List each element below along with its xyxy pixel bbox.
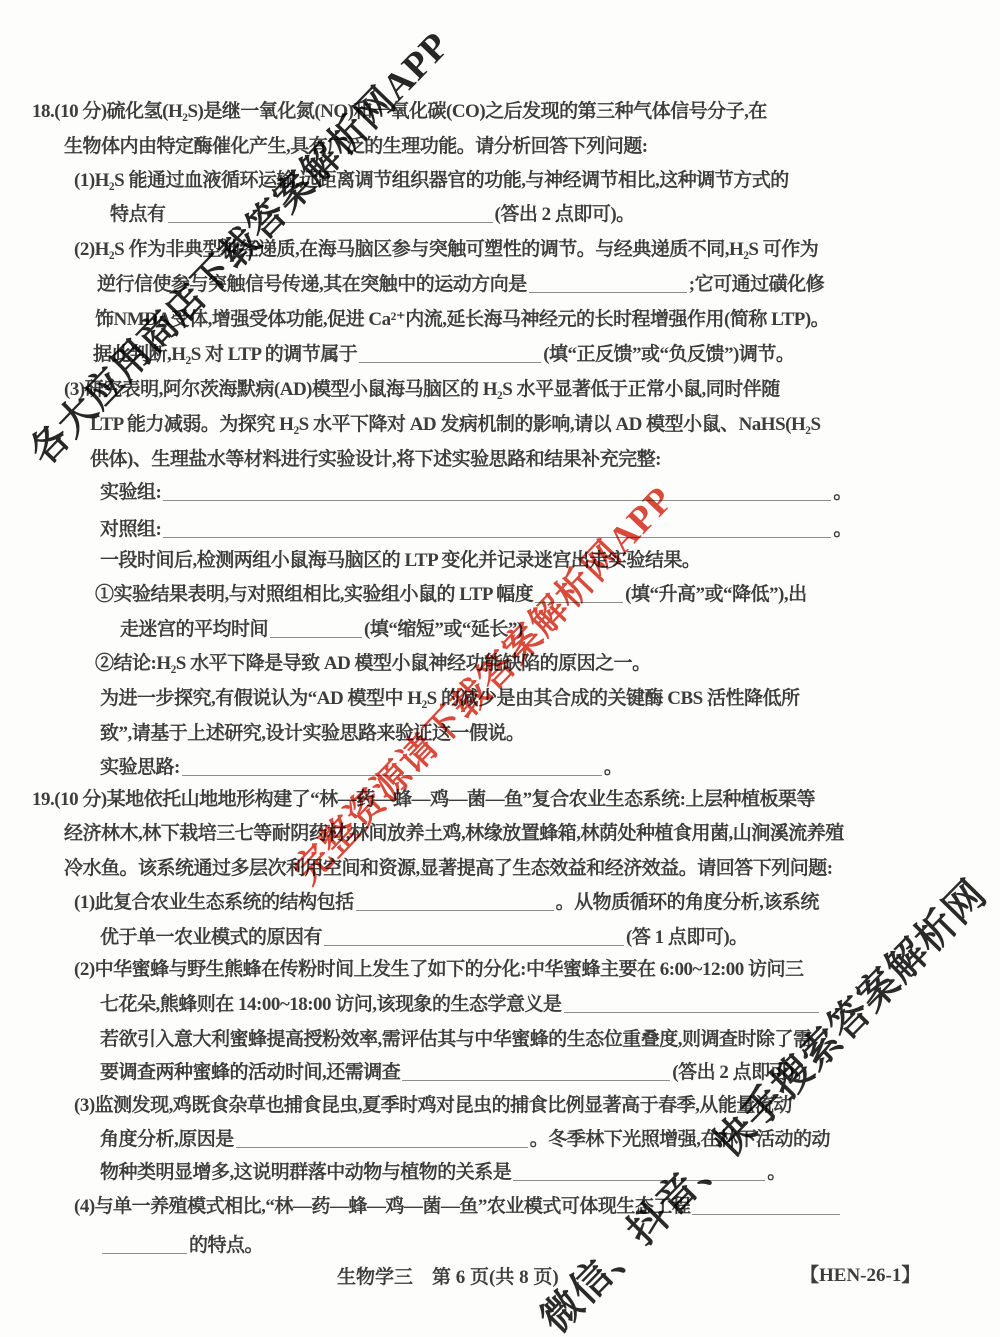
text-run: (答出 2 点即可)。 [495, 204, 635, 225]
footer-paper-code: 【HEN-26-1】 [800, 1260, 920, 1287]
text-run: 角度分析,原因是 [100, 1129, 234, 1150]
text-line-22: 经济林木,林下栽培三七等耐阴药材,林间放养土鸡,林缘放置蜂箱,林荫处种植食用菌,… [64, 822, 844, 845]
answer-blank[interactable] [535, 587, 623, 603]
text-run: 。从物质循环的角度分析,该系统 [556, 892, 819, 913]
text-run: 物种类明显增多,这说明群落中动物与植物的关系是 [100, 1162, 511, 1183]
text-line-3: (1)H₂S 能通过血液循环运输,远距离调节组织器官的功能,与神经调节相比,这种… [74, 169, 789, 192]
text-run: (填“缩短”或“延长”) [364, 619, 523, 640]
text-run: 为进一步探究,有假说认为“AD 模型中 H₂S 的减少是由其合成的关键酶 CBS… [100, 688, 799, 709]
text-run: (1)H₂S 能通过血液循环运输,远距离调节组织器官的功能,与神经调节相比,这种… [74, 170, 789, 191]
text-line-1: 18.(10 分)硫化氢(H₂S)是继一氧化氮(NO)和一氧化碳(CO)之后发现… [32, 100, 767, 123]
text-line-32: 物种类明显增多,这说明群落中动物与植物的关系是。 [100, 1161, 786, 1184]
text-line-34: 的特点。 [100, 1234, 263, 1257]
text-run: 走迷宫的平均时间 [120, 619, 268, 640]
answer-blank[interactable] [168, 207, 493, 223]
text-run: 七花朵,熊蜂则在 14:00~18:00 访问,该现象的生态学意义是 [100, 994, 562, 1015]
text-run: 实验组: [100, 482, 161, 503]
text-run: ②结论:H₂S 水平下降是导致 AD 模型小鼠神经功能缺陷的原因之一。 [95, 653, 651, 674]
text-line-2: 生物体内由特定酶催化产生,具有广泛的生理功能。请分析回答下列问题: [64, 135, 648, 158]
text-line-21: 19.(10 分)某地依托山地地形构建了“林—药—蜂—鸡—菌—鱼”复合农业生态系… [32, 788, 815, 811]
text-line-29: 要调查两种蜜蜂的活动时间,还需调查(答出 2 点即可)。 [100, 1061, 812, 1084]
text-run: 19.(10 分)某地依托山地地形构建了“林—药—蜂—鸡—菌—鱼”复合农业生态系… [32, 789, 815, 810]
text-run: 致”,请基于上述研究,设计实验思路来验证这一假说。 [100, 723, 525, 744]
text-line-31: 角度分析,原因是。冬季林下光照增强,在林下活动的动 [100, 1128, 830, 1151]
text-run: 经济林木,林下栽培三七等耐阴药材,林间放养土鸡,林缘放置蜂箱,林荫处种植食用菌,… [64, 823, 844, 844]
text-line-7: 饰NMDA受体,增强受体功能,促进 Ca²⁺内流,延长海马神经元的长时程增强作用… [95, 308, 829, 331]
text-line-26: (2)中华蜜蜂与野生熊蜂在传粉时间上发生了如下的分化:中华蜜蜂主要在 6:00~… [74, 958, 804, 981]
answer-blank[interactable] [182, 760, 602, 776]
text-run: 。 [833, 519, 852, 540]
answer-blank[interactable] [402, 1065, 670, 1081]
answer-blank[interactable] [163, 522, 831, 538]
answer-blank[interactable] [270, 622, 362, 638]
text-run: 18.(10 分)硫化氢(H₂S)是继一氧化氮(NO)和一氧化碳(CO)之后发现… [32, 101, 767, 122]
text-run: (1)此复合农业生态系统的结构包括 [74, 892, 354, 913]
text-run: 。 [833, 482, 852, 503]
text-line-20: 实验思路:。 [100, 756, 622, 779]
text-line-5: (2)H₂S 作为非典型神经递质,在海马脑区参与突触可塑性的调节。与经典递质不同… [74, 238, 818, 261]
text-run: 一段时间后,检测两组小鼠海马脑区的 LTP 变化并记录迷宫出走实验结果。 [100, 550, 700, 571]
text-run: (3)监测发现,鸡既食杂草也捕食昆虫,夏季时鸡对昆虫的捕食比例显著高于春季,从能… [74, 1095, 792, 1116]
text-line-25: 优于单一农业模式的原因有(答 1 点即可)。 [100, 926, 748, 949]
footer-subject: 生物学三 [337, 1262, 413, 1289]
text-run: 对照组: [100, 519, 161, 540]
text-run: (答 1 点即可)。 [626, 927, 748, 948]
text-run: (3)研究表明,阿尔茨海默病(AD)模型小鼠海马脑区的 H₂S 水平显著低于正常… [64, 379, 780, 400]
answer-blank[interactable] [359, 347, 541, 363]
text-run: 要调查两种蜜蜂的活动时间,还需调查 [100, 1062, 400, 1083]
answer-blank[interactable] [529, 277, 687, 293]
text-run: ①实验结果表明,与对照组相比,实验组小鼠的 LTP 幅度 [95, 584, 533, 605]
text-line-24: (1)此复合农业生态系统的结构包括。从物质循环的角度分析,该系统 [74, 891, 819, 914]
text-line-15: ①实验结果表明,与对照组相比,实验组小鼠的 LTP 幅度(填“升高”或“降低”)… [95, 583, 807, 606]
answer-blank[interactable] [324, 930, 624, 946]
text-run: 若欲引入意大利蜜蜂提高授粉效率,需评估其与中华蜜蜂的生态位重叠度,则调查时除了需 [100, 1029, 812, 1050]
text-run: LTP 能力减弱。为探究 H₂S 水平下降对 AD 发病机制的影响,请以 AD … [90, 414, 821, 435]
answer-blank[interactable] [102, 1238, 187, 1254]
text-run: (2)H₂S 作为非典型神经递质,在海马脑区参与突触可塑性的调节。与经典递质不同… [74, 239, 818, 260]
text-line-4: 特点有(答出 2 点即可)。 [110, 203, 635, 226]
text-run: (填“正反馈”或“负反馈”)调节。 [543, 344, 794, 365]
text-line-33: (4)与单一养殖模式相比,“林—药—蜂—鸡—菌—鱼”农业模式可体现生态工程 [74, 1195, 842, 1218]
text-run: 据此判断,H₂S 对 LTP 的调节属于 [93, 344, 357, 365]
text-run: 生物体内由特定酶催化产生,具有广泛的生理功能。请分析回答下列问题: [64, 136, 648, 157]
text-run: (4)与单一养殖模式相比,“林—药—蜂—鸡—菌—鱼”农业模式可体现生态工程 [74, 1196, 690, 1217]
answer-blank[interactable] [356, 895, 554, 911]
exam-page: 18.(10 分)硫化氢(H₂S)是继一氧化氮(NO)和一氧化碳(CO)之后发现… [0, 0, 1000, 1337]
text-line-8: 据此判断,H₂S 对 LTP 的调节属于(填“正反馈”或“负反馈”)调节。 [93, 343, 794, 366]
text-line-14: 一段时间后,检测两组小鼠海马脑区的 LTP 变化并记录迷宫出走实验结果。 [100, 549, 700, 572]
text-run: 饰NMDA受体,增强受体功能,促进 Ca²⁺内流,延长海马神经元的长时程增强作用… [95, 309, 829, 330]
text-run: 。 [767, 1162, 786, 1183]
text-line-10: LTP 能力减弱。为探究 H₂S 水平下降对 AD 发病机制的影响,请以 AD … [90, 413, 821, 436]
text-run: 冷水鱼。该系统通过多层次利用空间和资源,显著提高了生态效益和经济效益。请回答下列… [64, 858, 833, 879]
text-line-6: 逆行信使参与突触信号传递,其在突触中的运动方向是;它可通过磺化修 [97, 273, 824, 296]
text-line-12: 实验组:。 [100, 481, 852, 504]
text-line-28: 若欲引入意大利蜜蜂提高授粉效率,需评估其与中华蜜蜂的生态位重叠度,则调查时除了需 [100, 1028, 812, 1051]
text-line-27: 七花朵,熊蜂则在 14:00~18:00 访问,该现象的生态学意义是 [100, 993, 821, 1016]
text-line-17: ②结论:H₂S 水平下降是导致 AD 模型小鼠神经功能缺陷的原因之一。 [95, 652, 651, 675]
answer-blank[interactable] [513, 1165, 765, 1181]
text-run: 逆行信使参与突触信号传递,其在突触中的运动方向是 [97, 274, 527, 295]
text-run: ;它可通过磺化修 [689, 274, 824, 295]
text-line-30: (3)监测发现,鸡既食杂草也捕食昆虫,夏季时鸡对昆虫的捕食比例显著高于春季,从能… [74, 1094, 792, 1117]
text-run: 特点有 [110, 204, 166, 225]
answer-blank[interactable] [564, 997, 819, 1013]
text-run: 优于单一农业模式的原因有 [100, 927, 322, 948]
text-line-11: 供体)、生理盐水等材料进行实验设计,将下述实验思路和结果补充完整: [90, 448, 661, 471]
text-run: 实验思路: [100, 757, 180, 778]
text-line-19: 致”,请基于上述研究,设计实验思路来验证这一假说。 [100, 722, 525, 745]
answer-blank[interactable] [236, 1132, 528, 1148]
text-run: (2)中华蜜蜂与野生熊蜂在传粉时间上发生了如下的分化:中华蜜蜂主要在 6:00~… [74, 959, 804, 980]
text-line-18: 为进一步探究,有假说认为“AD 模型中 H₂S 的减少是由其合成的关键酶 CBS… [100, 687, 799, 710]
text-run: 。 [604, 757, 623, 778]
text-run: (填“升高”或“降低”),出 [625, 584, 806, 605]
text-line-13: 对照组:。 [100, 518, 852, 541]
text-run: 供体)、生理盐水等材料进行实验设计,将下述实验思路和结果补充完整: [90, 449, 661, 470]
answer-blank[interactable] [692, 1199, 840, 1215]
text-run: (答出 2 点即可)。 [672, 1062, 812, 1083]
text-line-9: (3)研究表明,阿尔茨海默病(AD)模型小鼠海马脑区的 H₂S 水平显著低于正常… [64, 378, 780, 401]
text-run: 。冬季林下光照增强,在林下活动的动 [530, 1129, 830, 1150]
text-line-16: 走迷宫的平均时间(填“缩短”或“延长”) [120, 618, 523, 641]
answer-blank[interactable] [163, 485, 831, 501]
footer-page-number: 第 6 页(共 8 页) [432, 1262, 559, 1289]
text-line-23: 冷水鱼。该系统通过多层次利用空间和资源,显著提高了生态效益和经济效益。请回答下列… [64, 857, 833, 880]
text-run: 的特点。 [189, 1235, 263, 1256]
